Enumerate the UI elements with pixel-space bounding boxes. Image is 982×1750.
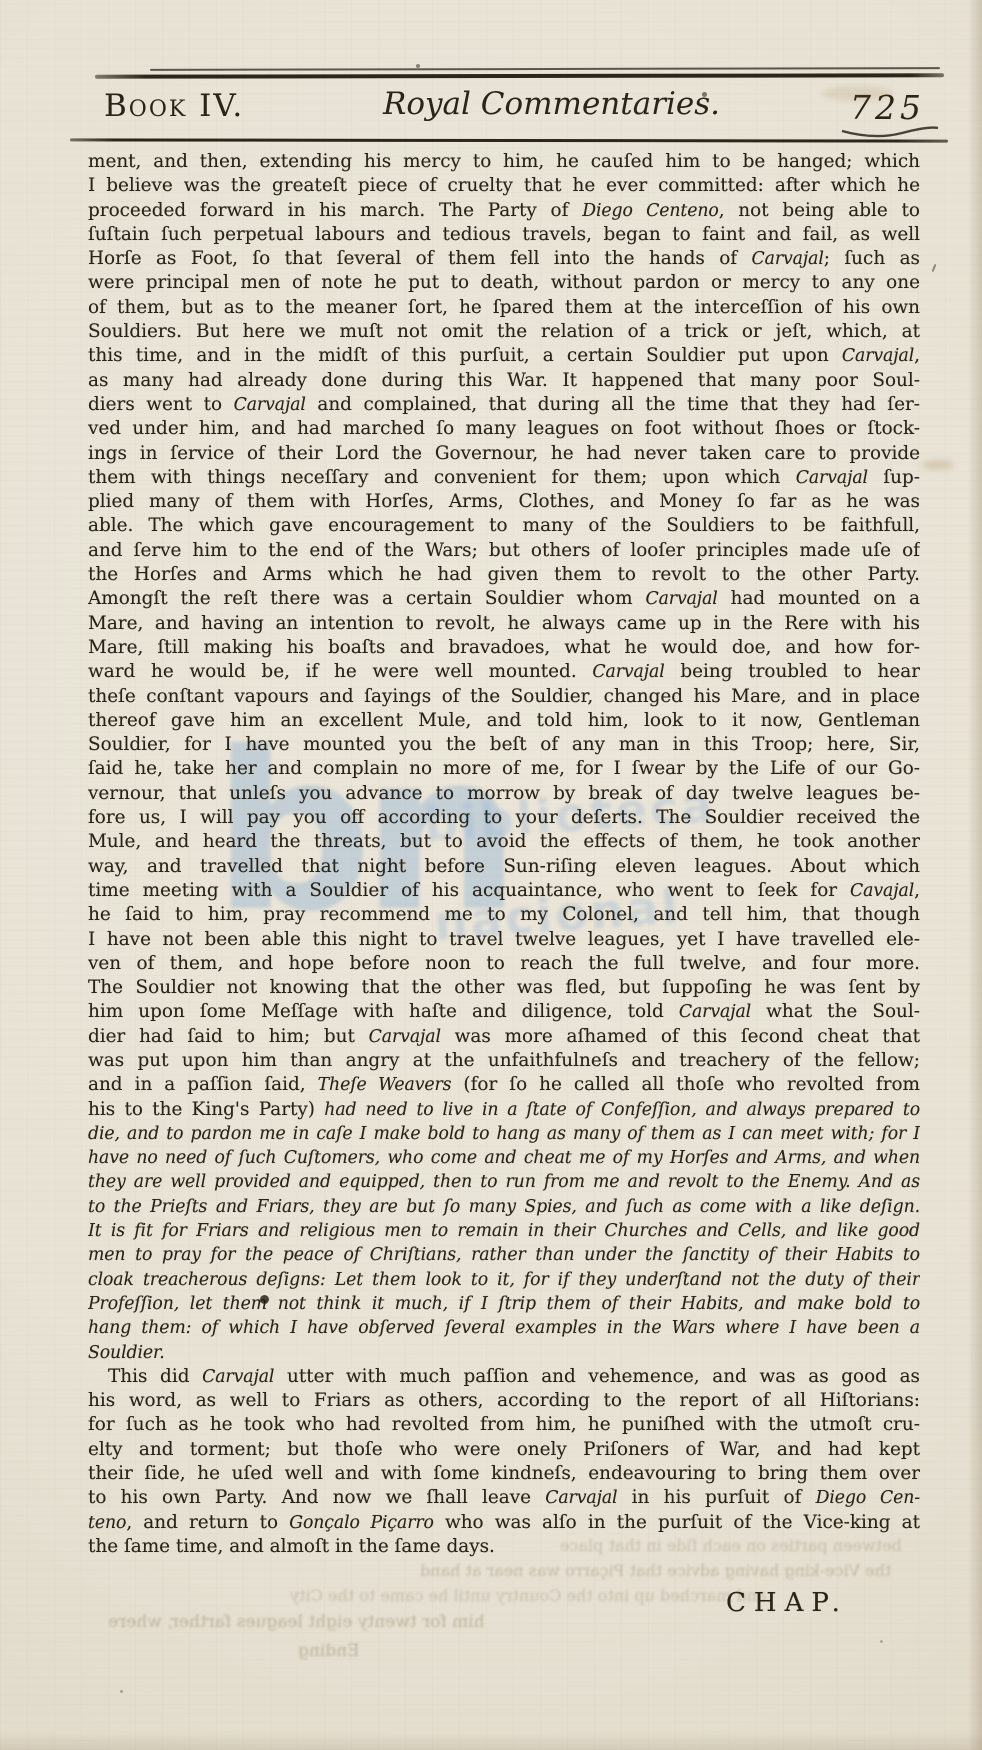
text-line: hang them: of which I have obſerved ſeve… bbox=[88, 1316, 920, 1340]
roman-segment: what the Soul- bbox=[751, 1001, 920, 1022]
italic-segment: Diego Centeno bbox=[582, 201, 718, 221]
roman-segment: I have not been able this night to trave… bbox=[88, 929, 920, 950]
text-line: Amongſt the reſt there was a certain Sou… bbox=[88, 587, 920, 611]
text-line: teno, and return to Gonçalo Piçarro who … bbox=[88, 1511, 920, 1535]
page-bottom-edge-shadow bbox=[0, 1732, 982, 1750]
text-line: diers went to Carvajal and complained, t… bbox=[88, 393, 920, 417]
text-line: the ſame time, and almoſt in the ſame da… bbox=[88, 1535, 920, 1559]
roman-segment: ſup- bbox=[868, 467, 920, 488]
roman-segment: able. The which gave encouragement to ma… bbox=[88, 515, 920, 536]
roman-segment: in his purſuit of bbox=[617, 1487, 815, 1508]
roman-segment: Mule, and heard the threats, but to avoi… bbox=[88, 831, 920, 852]
roman-segment: had mounted on a bbox=[718, 588, 920, 609]
italic-segment: Carvajal bbox=[369, 1027, 441, 1047]
text-line: as many had already done during this War… bbox=[88, 369, 920, 393]
text-line: cloak treacherous deſigns: Let them look… bbox=[88, 1268, 920, 1292]
italic-segment: Carvajal bbox=[796, 468, 868, 488]
text-line: Mare, and having an intention to revolt,… bbox=[88, 612, 920, 636]
roman-segment: Mare, and having an intention to revolt,… bbox=[88, 613, 920, 634]
text-line: elty and torment; but thoſe who were one… bbox=[88, 1438, 920, 1462]
roman-segment: ; ſuch as bbox=[824, 248, 920, 269]
text-line: dier had ſaid to him; but Carvajal was m… bbox=[88, 1025, 920, 1049]
roman-segment: ings in ſervice of their Lord the Govern… bbox=[88, 443, 920, 464]
italic-segment: hang them: of which I have obſerved ſeve… bbox=[88, 1318, 920, 1338]
roman-segment: elty and torment; but thoſe who were one… bbox=[88, 1439, 920, 1460]
roman-segment: Souldiers. But here we muſt not omit the… bbox=[88, 321, 920, 342]
top-rule-thin bbox=[150, 67, 940, 71]
roman-segment: diers went to bbox=[88, 394, 234, 415]
margin-mark bbox=[932, 264, 937, 272]
roman-segment: ſuſtain ſuch perpetual labours and tedio… bbox=[88, 224, 920, 245]
roman-segment: him upon ſome Meſſage with haſte and dil… bbox=[88, 1001, 679, 1022]
text-line: Profeſſion, let them not think it much, … bbox=[88, 1292, 920, 1316]
roman-segment: dier had ſaid to him; but bbox=[88, 1026, 369, 1047]
roman-segment: his word, as well to Friars as others, a… bbox=[88, 1390, 920, 1411]
text-line: I believe was the greateſt piece of crue… bbox=[88, 174, 920, 198]
bleedthrough-line: and marched up into the Country until he… bbox=[290, 1586, 766, 1605]
italic-segment: Carvajal bbox=[202, 1367, 274, 1387]
roman-segment: The Souldier not knowing that the other … bbox=[88, 977, 920, 998]
text-line: he ſaid to him, pray recommend me to my … bbox=[88, 903, 920, 927]
stain-right-margin bbox=[922, 460, 954, 470]
text-line: ment, and then, extending his mercy to h… bbox=[88, 150, 920, 174]
roman-segment: he ſaid to him, pray recommend me to my … bbox=[88, 904, 920, 925]
roman-segment: theſe conſtant vapours and ſayings of th… bbox=[88, 686, 920, 707]
italic-segment: teno bbox=[88, 1513, 126, 1533]
text-block: ment, and then, extending his mercy to h… bbox=[88, 150, 920, 1570]
text-line: time meeting with a Souldier of his acqu… bbox=[88, 879, 920, 903]
book-page-scan: Book IV. Royal Commentaries. 725 bn bibl… bbox=[0, 0, 982, 1750]
roman-segment: fore us, I will pay you off according to… bbox=[88, 807, 920, 828]
text-line: to his own Party. And now we ſhall leave… bbox=[88, 1486, 920, 1510]
roman-segment: being troubled to hear bbox=[665, 661, 920, 682]
text-line: ward he would be, if he were well mounte… bbox=[88, 660, 920, 684]
roman-segment: and in a paſſion ſaid, bbox=[88, 1074, 318, 1095]
roman-segment: their ſide, he uſed well and with ſome k… bbox=[88, 1463, 920, 1484]
text-line: fore us, I will pay you off according to… bbox=[88, 806, 920, 830]
text-line: I have not been able this night to trave… bbox=[88, 928, 920, 952]
text-line: Souldiers. But here we muſt not omit the… bbox=[88, 320, 920, 344]
text-line: die, and to pardon me in caſe I make bol… bbox=[88, 1122, 920, 1146]
roman-segment: plied many of them with Horſes, Arms, Cl… bbox=[88, 491, 920, 512]
text-line: Mare, ſtill making his boaſts and bravad… bbox=[88, 636, 920, 660]
text-line: vernour, that unleſs you advance to morr… bbox=[88, 782, 920, 806]
text-line: they are well provided and equipped, the… bbox=[88, 1170, 920, 1194]
text-line: Mule, and heard the threats, but to avoi… bbox=[88, 830, 920, 854]
italic-segment: Theſe Weavers bbox=[318, 1075, 452, 1095]
italic-segment: Gonçalo Piçarro bbox=[289, 1513, 434, 1533]
header-book-label: Book IV. bbox=[104, 88, 244, 124]
roman-segment: ven of them, and hope before noon to rea… bbox=[88, 953, 920, 974]
text-line: able. The which gave encouragement to ma… bbox=[88, 514, 920, 538]
italic-segment: Carvajal bbox=[842, 346, 914, 366]
roman-segment: Horſe as Foot, ſo that ſeveral of them f… bbox=[88, 248, 752, 269]
stain-top-right bbox=[822, 86, 892, 101]
italic-segment: Carvajal bbox=[545, 1488, 617, 1508]
text-line: theſe conſtant vapours and ſayings of th… bbox=[88, 685, 920, 709]
italic-segment: they are well provided and equipped, the… bbox=[88, 1172, 920, 1192]
roman-segment: (for ſo he called all thoſe who revolted… bbox=[451, 1074, 920, 1095]
header-running-title: Royal Commentaries. bbox=[383, 86, 720, 122]
text-line: Souldier. bbox=[88, 1341, 920, 1365]
text-line: him upon ſome Meſſage with haſte and dil… bbox=[88, 1000, 920, 1024]
roman-segment: ward he would be, if he were well mounte… bbox=[88, 661, 592, 682]
roman-segment: , and return to bbox=[126, 1512, 289, 1533]
roman-segment: Souldier, for I have mounted you the beſ… bbox=[88, 734, 920, 755]
roman-segment: , bbox=[914, 880, 920, 901]
text-line: thereof gave him an excellent Mule, and … bbox=[88, 709, 920, 733]
roman-segment: , bbox=[914, 345, 920, 366]
text-line: ven of them, and hope before noon to rea… bbox=[88, 952, 920, 976]
text-line: plied many of them with Horſes, Arms, Cl… bbox=[88, 490, 920, 514]
text-line: his word, as well to Friars as others, a… bbox=[88, 1389, 920, 1413]
roman-segment: , not being able to bbox=[719, 200, 920, 221]
italic-segment: Carvajal bbox=[679, 1002, 751, 1022]
italic-segment: men to pray for the peace of Chriſtians,… bbox=[88, 1245, 920, 1265]
roman-segment: I believe was the greateſt piece of crue… bbox=[88, 175, 920, 196]
text-line: their ſide, he uſed well and with ſome k… bbox=[88, 1462, 920, 1486]
roman-segment: of them, but as to the meaner ſort, he ſ… bbox=[88, 297, 920, 318]
italic-segment: It is fit for Friars and religious men t… bbox=[88, 1221, 920, 1241]
bleedthrough-line: Ending bbox=[298, 1641, 360, 1661]
italic-segment: Carvajal bbox=[752, 249, 824, 269]
roman-segment: Amongſt the reſt there was a certain Sou… bbox=[88, 588, 645, 609]
text-line: Horſe as Foot, ſo that ſeveral of them f… bbox=[88, 247, 920, 271]
text-line: ved under him, and had marched ſo many l… bbox=[88, 417, 920, 441]
roman-segment: Mare, ſtill making his boaſts and bravad… bbox=[88, 637, 920, 658]
text-line: men to pray for the peace of Chriſtians,… bbox=[88, 1243, 920, 1267]
roman-segment: and complained, that during all the time… bbox=[306, 394, 920, 415]
text-line: ſuſtain ſuch perpetual labours and tedio… bbox=[88, 223, 920, 247]
roman-segment: was more aſhamed of this ſecond cheat th… bbox=[441, 1026, 920, 1047]
ink-speck bbox=[702, 92, 707, 97]
roman-segment: vernour, that unleſs you advance to morr… bbox=[88, 783, 920, 804]
ink-blot-much bbox=[260, 1295, 269, 1304]
italic-segment: Souldier. bbox=[88, 1343, 165, 1363]
text-line: were principal men of note he put to dea… bbox=[88, 271, 920, 295]
text-line: It is fit for Friars and religious men t… bbox=[88, 1219, 920, 1243]
text-line: his to the King's Party) had need to liv… bbox=[88, 1098, 920, 1122]
catchword: CHAP. bbox=[726, 1588, 848, 1618]
text-line: ings in ſervice of their Lord the Govern… bbox=[88, 442, 920, 466]
roman-segment: ved under him, and had marched ſo many l… bbox=[88, 418, 920, 439]
roman-segment: ment, and then, extending his mercy to h… bbox=[88, 151, 920, 172]
roman-segment: the Horſes and Arms which he had given t… bbox=[88, 564, 920, 585]
text-line: Souldier, for I have mounted you the beſ… bbox=[88, 733, 920, 757]
page-right-edge-shadow bbox=[968, 0, 982, 1750]
roman-segment: as many had already done during this War… bbox=[88, 370, 920, 391]
paper-speck bbox=[120, 1690, 123, 1693]
roman-segment: this time, and in the midſt of this purſ… bbox=[88, 345, 842, 366]
text-line: this time, and in the midſt of this purſ… bbox=[88, 344, 920, 368]
roman-segment: way, and travelled that night before Sun… bbox=[88, 856, 920, 877]
roman-segment: who was alſo in the purſuit of the Vice-… bbox=[434, 1512, 920, 1533]
header-bottom-rule bbox=[70, 138, 948, 142]
text-line: have no need of ſuch Cuſtomers, who come… bbox=[88, 1146, 920, 1170]
roman-segment: to his own Party. And now we ſhall leave bbox=[88, 1487, 545, 1508]
roman-segment: This did bbox=[108, 1366, 202, 1387]
roman-segment: were principal men of note he put to dea… bbox=[88, 272, 920, 293]
italic-segment: Carvajal bbox=[592, 662, 664, 682]
roman-segment: thereof gave him an excellent Mule, and … bbox=[88, 710, 920, 731]
top-rule-thick bbox=[95, 73, 944, 78]
italic-segment: cloak treacherous deſigns: Let them look… bbox=[88, 1270, 920, 1290]
ink-speck bbox=[416, 64, 420, 68]
italic-segment: had need to live in a ſtate of Confeſſio… bbox=[324, 1100, 920, 1120]
roman-segment: time meeting with a Souldier of his acqu… bbox=[88, 880, 850, 901]
italic-segment: Profeſſion, let them not think it much, … bbox=[88, 1294, 920, 1314]
text-line: and in a paſſion ſaid, Theſe Weavers (fo… bbox=[88, 1073, 920, 1097]
italic-segment: Cavajal bbox=[850, 881, 914, 901]
text-line: This did Carvajal utter with much paſſio… bbox=[88, 1365, 920, 1389]
italic-segment: Diego Cen- bbox=[816, 1488, 920, 1508]
text-line: was put upon him than angry at the unfai… bbox=[88, 1049, 920, 1073]
text-line: and ſerve him to the end of the Wars; bu… bbox=[88, 539, 920, 563]
text-line: to the Prieſts and Friars, they are but … bbox=[88, 1195, 920, 1219]
text-line: way, and travelled that night before Sun… bbox=[88, 855, 920, 879]
text-line: them with things neceſſary and convenien… bbox=[88, 466, 920, 490]
roman-segment: ſaid he, take her and complain no more o… bbox=[88, 758, 920, 779]
roman-segment: and ſerve him to the end of the Wars; bu… bbox=[88, 540, 920, 561]
roman-segment: them with things neceſſary and convenien… bbox=[88, 467, 796, 488]
roman-segment: the ſame time, and almoſt in the ſame da… bbox=[88, 1536, 495, 1557]
text-line: The Souldier not knowing that the other … bbox=[88, 976, 920, 1000]
text-line: of them, but as to the meaner ſort, he ſ… bbox=[88, 296, 920, 320]
text-line: proceeded forward in his march. The Part… bbox=[88, 199, 920, 223]
italic-segment: Carvajal bbox=[645, 589, 717, 609]
roman-segment: for ſuch as he took who had revolted fro… bbox=[88, 1414, 920, 1435]
italic-segment: die, and to pardon me in caſe I make bol… bbox=[88, 1124, 920, 1144]
italic-segment: to the Prieſts and Friars, they are but … bbox=[88, 1197, 920, 1217]
paper-speck bbox=[880, 1640, 883, 1643]
roman-segment: his to the King's Party) bbox=[88, 1099, 324, 1120]
text-line: for ſuch as he took who had revolted fro… bbox=[88, 1413, 920, 1437]
roman-segment: proceeded forward in his march. The Part… bbox=[88, 200, 582, 221]
text-line: the Horſes and Arms which he had given t… bbox=[88, 563, 920, 587]
roman-segment: utter with much paſſion and vehemence, a… bbox=[274, 1366, 920, 1387]
bleedthrough-line: him for twenty eight leagues farther, wh… bbox=[108, 1612, 485, 1632]
text-line: ſaid he, take her and complain no more o… bbox=[88, 757, 920, 781]
roman-segment: was put upon him than angry at the unfai… bbox=[88, 1050, 920, 1071]
italic-segment: have no need of ſuch Cuſtomers, who come… bbox=[88, 1148, 920, 1168]
italic-segment: Carvajal bbox=[234, 395, 306, 415]
